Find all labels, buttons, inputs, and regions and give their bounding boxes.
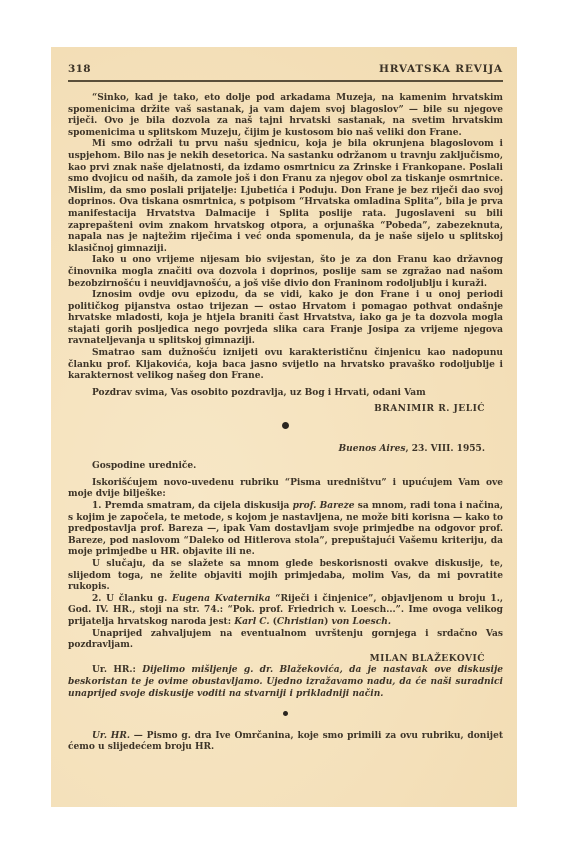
closing-line: Pozdrav svima, Vas osobito pozdravlja, u… (68, 388, 503, 400)
paragraph-point-2: 2. U članku g. Eugena Kvaternika “Riječi… (68, 594, 503, 629)
page-number: 318 (68, 63, 91, 75)
dateline: Buenos Aires, 23. VIII. 1955. (68, 444, 503, 456)
salutation: Gospodine uredniče. (68, 461, 503, 473)
signature-jelic: BRANIMIR R. JELIĆ (68, 404, 503, 416)
paragraph: Unaprijed zahvaljujem na eventualnom uvr… (68, 629, 503, 652)
editor-note: Ur. HR.: Dijelimo mišljenje g. dr. Blaže… (68, 665, 503, 700)
editor-note: Ur. HR. — Pismo g. dra Ive Omrčanina, ko… (68, 731, 503, 754)
paragraph: U slučaju, da se slažete sa mnom glede b… (68, 559, 503, 594)
section-separator-dot (68, 709, 503, 721)
paragraph: Smatrao sam dužnošću iznijeti ovu karakt… (68, 348, 503, 383)
paragraph-point-1: 1. Premda smatram, da cijela diskusija p… (68, 501, 503, 559)
header-rule (68, 80, 503, 82)
dateline-place: Buenos Aires (339, 444, 406, 454)
paragraph: “Sinko, kad je tako, eto dolje pod arkad… (68, 93, 503, 139)
page-header: 318 HRVATSKA REVIJA (68, 57, 503, 79)
paragraph: Mi smo održali tu prvu našu sjednicu, ko… (68, 139, 503, 255)
section-separator-dot (68, 422, 503, 434)
paragraph: Iskorišćujem novo-uvedenu rubriku “Pisma… (68, 478, 503, 501)
dateline-date: , 23. VIII. 1955. (405, 444, 485, 454)
paragraph: Iako u ono vrijeme nijesam bio svijestan… (68, 255, 503, 290)
scanned-page: 318 HRVATSKA REVIJA “Sinko, kad je tako,… (51, 47, 517, 807)
journal-title: HRVATSKA REVIJA (379, 63, 503, 75)
signature-blazekovic: MILAN BLAŽEKOVIĆ (68, 654, 503, 666)
paragraph: Iznosim ovdje ovu epizodu, da se vidi, k… (68, 290, 503, 348)
page-body: “Sinko, kad je tako, eto dolje pod arkad… (68, 93, 503, 754)
